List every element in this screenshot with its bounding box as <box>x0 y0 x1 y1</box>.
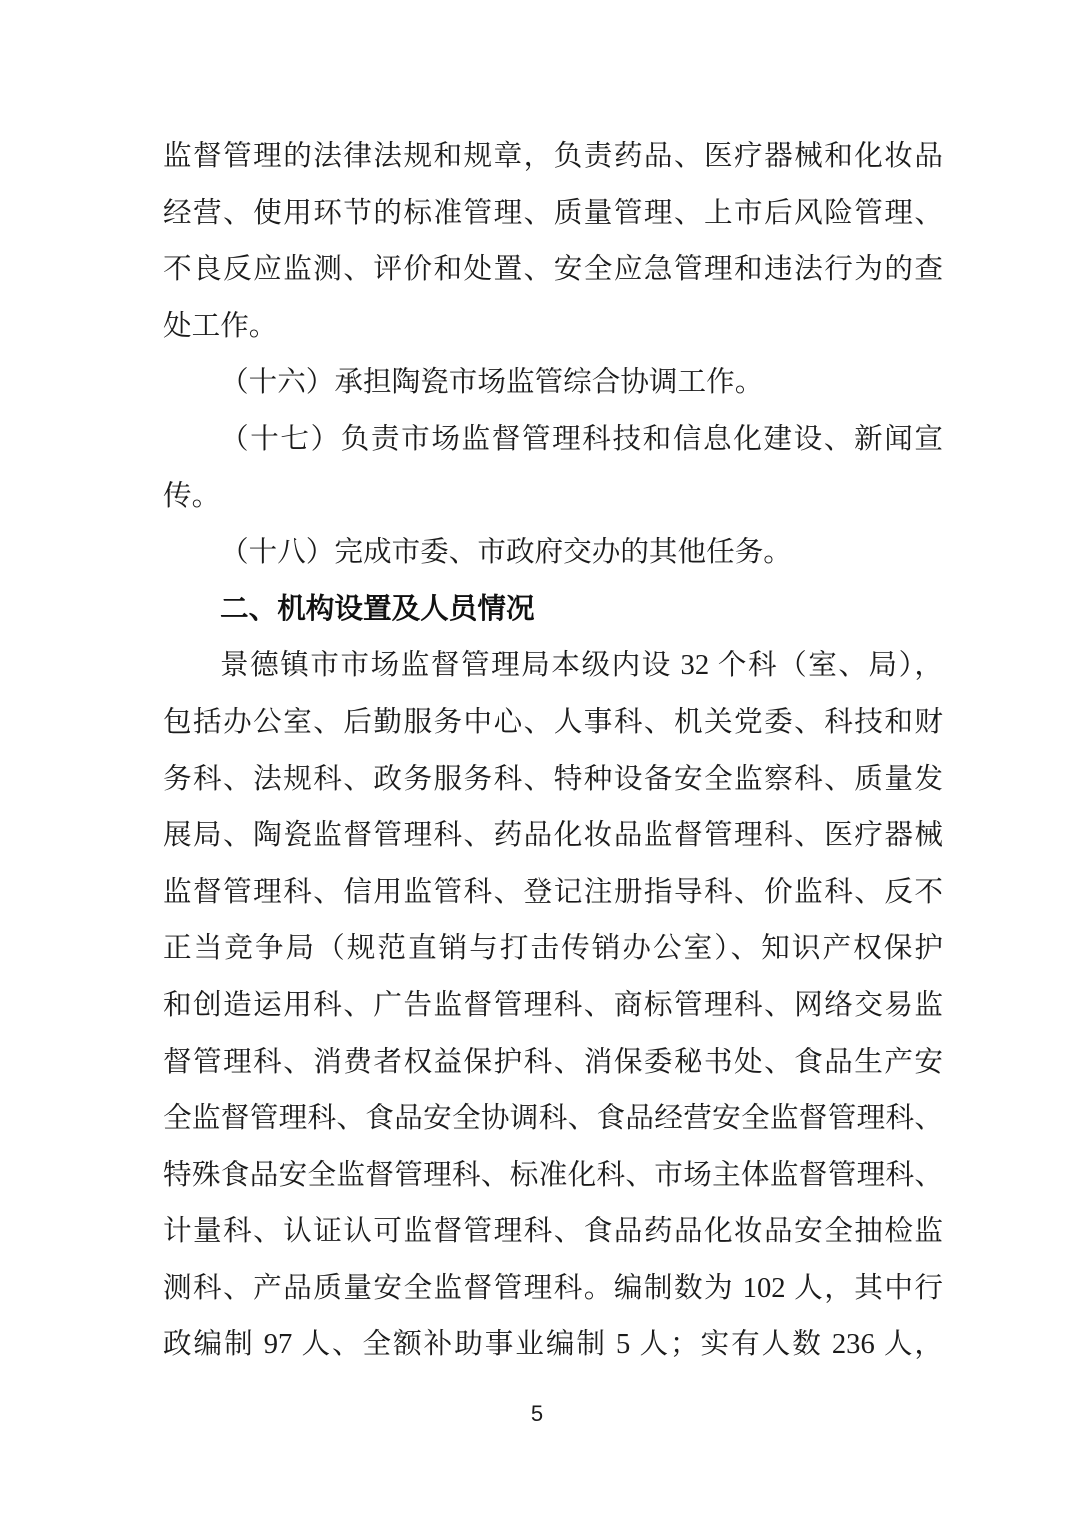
text-line: 监督管理的法律法规和规章，负责药品、医疗器械和化妆品 <box>163 129 943 186</box>
text-line: 务科、法规科、政务服务科、特种设备安全监察科、质量发 <box>163 752 943 809</box>
document-page: 监督管理的法律法规和规章，负责药品、医疗器械和化妆品经营、使用环节的标准管理、质… <box>0 0 1074 1520</box>
text-line: 正当竞争局（规范直销与打击传销办公室）、知识产权保护 <box>163 921 943 978</box>
text-line: 全监督管理科、食品安全协调科、食品经营安全监督管理科、 <box>163 1091 943 1148</box>
text-line: 展局、陶瓷监督管理科、药品化妆品监督管理科、医疗器械 <box>163 808 943 865</box>
document-body: 监督管理的法律法规和规章，负责药品、医疗器械和化妆品经营、使用环节的标准管理、质… <box>163 129 943 1374</box>
text-line: 计量科、认证认可监督管理科、食品药品化妆品安全抽检监 <box>163 1204 943 1261</box>
section-heading: 二、机构设置及人员情况 <box>163 582 943 639</box>
text-line: 传。 <box>163 469 943 526</box>
text-line: 景德镇市市场监督管理局本级内设 32 个科（室、局）， <box>163 638 943 695</box>
text-line: 政编制 97 人、全额补助事业编制 5 人；实有人数 236 人， <box>163 1317 943 1374</box>
text-line: 处工作。 <box>163 299 943 356</box>
text-line: 特殊食品安全监督管理科、标准化科、市场主体监督管理科、 <box>163 1148 943 1205</box>
text-line: （十八）完成市委、市政府交办的其他任务。 <box>163 525 943 582</box>
text-line: 监督管理科、信用监管科、登记注册指导科、价监科、反不 <box>163 865 943 922</box>
text-line: （十七）负责市场监督管理科技和信息化建设、新闻宣 <box>163 412 943 469</box>
text-line: 不良反应监测、评价和处置、安全应急管理和违法行为的查 <box>163 242 943 299</box>
page-number: 5 <box>531 1401 543 1426</box>
text-line: 督管理科、消费者权益保护科、消保委秘书处、食品生产安 <box>163 1035 943 1092</box>
text-line: 测科、产品质量安全监督管理科。编制数为 102 人，其中行 <box>163 1261 943 1318</box>
page-footer: 5 <box>0 1401 1074 1427</box>
text-line: 包括办公室、后勤服务中心、人事科、机关党委、科技和财 <box>163 695 943 752</box>
text-line: （十六）承担陶瓷市场监管综合协调工作。 <box>163 355 943 412</box>
text-line: 和创造运用科、广告监督管理科、商标管理科、网络交易监 <box>163 978 943 1035</box>
text-line: 经营、使用环节的标准管理、质量管理、上市后风险管理、 <box>163 186 943 243</box>
